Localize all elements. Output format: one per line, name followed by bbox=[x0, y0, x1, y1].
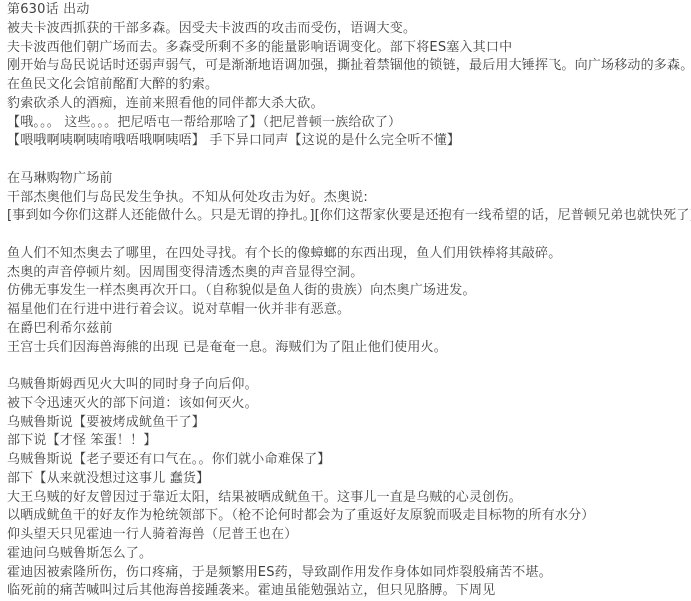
dialogue-line: 【哦。。。 这些。。。把尼唔屯一帮给那啥了】（把尼普顿一族给砍了） bbox=[7, 114, 689, 133]
spoiler-text-page: 第630话 出动 被夫卡波西抓获的干部多森。因受夫卡波西的攻击而受伤，语调大变。… bbox=[0, 0, 691, 601]
dialogue-line: [事到如今你们这群人还能做什么。只是无谓的挣扎。][你们这帮家伙要是还抱有一线希… bbox=[7, 207, 689, 226]
dialogue-line: 部下【从来就没想过这事儿 蠢货】 bbox=[7, 470, 689, 489]
text-line: 霍迪因被索隆所伤，伤口疼痛，于是频繁用ES药，导致副作用发作身体如同炸裂般痛苦不… bbox=[7, 564, 689, 583]
text-line: 鱼人们不知杰奥去了哪里，在四处寻找。有个长的像蟑螂的东西出现，鱼人们用铁棒将其敲… bbox=[7, 245, 689, 264]
section-heading: 在马琳购物广场前 bbox=[7, 170, 689, 189]
blank-line bbox=[7, 226, 689, 245]
text-line: 乌贼鲁斯姆西见火大叫的同时身子向后仰。 bbox=[7, 376, 689, 395]
text-line: 刚开始与岛民说话时还弱声弱气，可是渐渐地语调加强，撕扯着禁锢他的锁链，最后用大锤… bbox=[7, 57, 689, 76]
text-line: 干部杰奥他们与岛民发生争执。不知从何处攻击为好。杰奥说: bbox=[7, 189, 689, 208]
text-line: 在鱼民文化会馆前酩酊大醉的豹索。 bbox=[7, 76, 689, 95]
blank-line bbox=[7, 357, 689, 376]
text-line: 仿佛无事发生一样杰奥再次开口。（自称貌似是鱼人街的贵族）向杰奥广场进发。 bbox=[7, 282, 689, 301]
dialogue-line: 【喂哦啊咦啊咦唷哦唔哦啊咦唔】 手下异口同声【这说的是什么完全听不懂】 bbox=[7, 132, 689, 151]
text-line: 被下令迅速灭火的部下问道：该如何灭火。 bbox=[7, 395, 689, 414]
text-line: 仰头望天只见霍迪一行人骑着海兽（尼普王也在） bbox=[7, 526, 689, 545]
text-line: 临死前的痛苦喊叫过后其他海兽接踵袭来。霍迪虽能勉强站立，但只见胳膊。下周见 bbox=[7, 582, 689, 601]
text-line: 大王乌贼的好友曾因过于靠近太阳，结果被晒成鱿鱼干。这事儿一直是乌贼的心灵创伤。 bbox=[7, 489, 689, 508]
text-line: 夫卡波西他们朝广场而去。多森受所剩不多的能量影响语调变化。部下将ES塞入其口中 bbox=[7, 39, 689, 58]
text-line: 王宫士兵们因海兽海熊的出现 已是奄奄一息。海贼们为了阻止他们使用火。 bbox=[7, 339, 689, 358]
dialogue-line: 乌贼鲁斯说【老子要还有口气在。。你们就小命难保了】 bbox=[7, 451, 689, 470]
blank-line bbox=[7, 151, 689, 170]
text-line: 霍迪问乌贼鲁斯怎么了。 bbox=[7, 545, 689, 564]
dialogue-line: 部下说【才怪 笨蛋！！】 bbox=[7, 432, 689, 451]
text-line: 豹索砍杀人的酒痴，连前来照看他的同伴都大杀大砍。 bbox=[7, 95, 689, 114]
dialogue-line: 乌贼鲁斯说【要被烤成鱿鱼干了】 bbox=[7, 414, 689, 433]
text-line: 福星他们在行进中进行着会议。说对草帽一伙并非有恶意。 bbox=[7, 301, 689, 320]
text-line: 杰奥的声音停顿片刻。因周围变得清透杰奥的声音显得空洞。 bbox=[7, 264, 689, 283]
chapter-title: 第630话 出动 bbox=[7, 1, 689, 20]
text-line: 被夫卡波西抓获的干部多森。因受夫卡波西的攻击而受伤，语调大变。 bbox=[7, 20, 689, 39]
section-heading: 在爵巴利希尔兹前 bbox=[7, 320, 689, 339]
text-line: 以晒成鱿鱼干的好友作为枪统领部下。（枪不论何时都会为了重返好友原貌而吸走目标物的… bbox=[7, 507, 689, 526]
